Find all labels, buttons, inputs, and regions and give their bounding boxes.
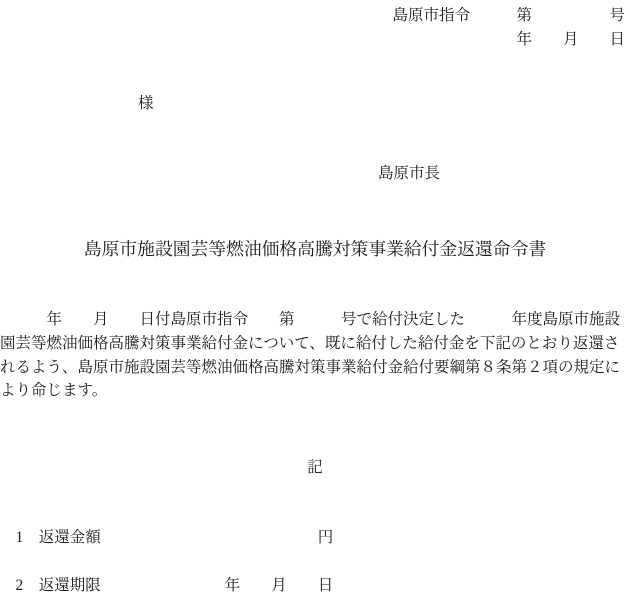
record-marker: 記: [0, 459, 630, 476]
header-block: 島原市指令 第 号 年 月 日: [392, 4, 625, 52]
sender-mayor-title: 島原市長: [378, 166, 440, 182]
body-line-4: より命じます。: [0, 379, 630, 403]
body-paragraph: 年 月 日付島原市指令 第 号で給付決定した 年度島原市施設 園芸等燃油価格高騰…: [0, 308, 630, 403]
body-line-1: 年 月 日付島原市指令 第 号で給付決定した 年度島原市施設: [0, 308, 630, 332]
recipient-honorific: 様: [138, 96, 154, 112]
document-page: 島原市指令 第 号 年 月 日 様 島原市長 島原市施設園芸等燃油価格高騰対策事…: [0, 0, 630, 599]
body-line-2: 園芸等燃油価格高騰対策事業給付金について、既に給付した給付金を下記のとおり返還さ: [0, 332, 630, 356]
date-line: 年 月 日: [392, 28, 625, 52]
body-line-3: れるよう、島原市施設園芸等燃油価格高騰対策事業給付金給付要綱第８条第２項の規定に: [0, 356, 630, 380]
directive-number-line: 島原市指令 第 号: [392, 4, 625, 28]
list-item-return-amount: 1 返還金額 円: [0, 530, 333, 546]
list-item-return-deadline: 2 返還期限 年 月 日: [0, 578, 333, 594]
document-title: 島原市施設園芸等燃油価格高騰対策事業給付金返還命令書: [0, 240, 630, 259]
